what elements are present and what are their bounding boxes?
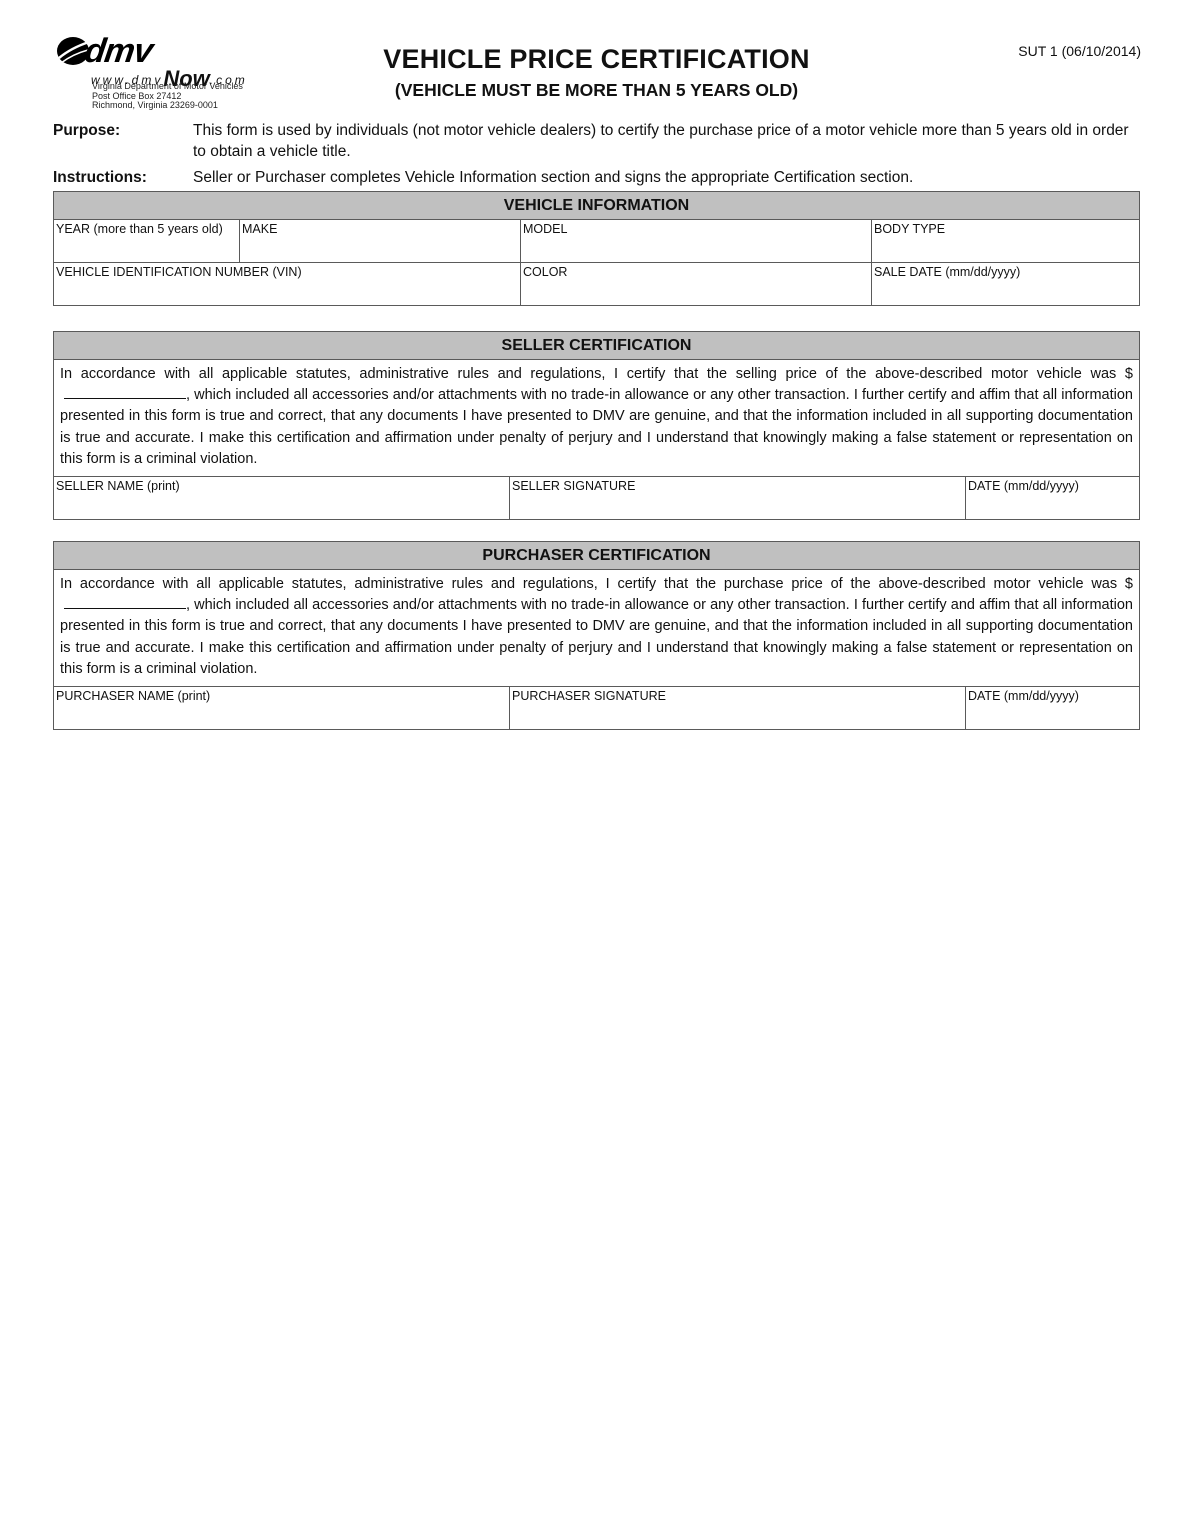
purchaser-signature-row: PURCHASER NAME (print) PURCHASER SIGNATU… (54, 687, 1139, 729)
form-title: VEHICLE PRICE CERTIFICATION (0, 44, 1193, 75)
seller-signature-row: SELLER NAME (print) SELLER SIGNATURE DAT… (54, 477, 1139, 519)
vin-label: VEHICLE IDENTIFICATION NUMBER (VIN) (56, 265, 302, 279)
color-label: COLOR (523, 265, 567, 279)
vehicle-row-1: YEAR (more than 5 years old) MAKE MODEL … (54, 220, 1139, 263)
instructions-text: Seller or Purchaser completes Vehicle In… (193, 167, 1143, 188)
vin-field[interactable]: VEHICLE IDENTIFICATION NUMBER (VIN) (54, 263, 521, 305)
purchaser-signature-field[interactable]: PURCHASER SIGNATURE (510, 687, 966, 729)
purchaser-statement: In accordance with all applicable statut… (54, 570, 1139, 687)
purchaser-date-field[interactable]: DATE (mm/dd/yyyy) (966, 687, 1139, 729)
seller-certification-heading: SELLER CERTIFICATION (54, 332, 1139, 360)
seller-name-field[interactable]: SELLER NAME (print) (54, 477, 510, 519)
make-field[interactable]: MAKE (240, 220, 521, 262)
seller-name-label: SELLER NAME (print) (56, 479, 180, 493)
seller-statement: In accordance with all applicable statut… (54, 360, 1139, 477)
purchaser-price-blank[interactable] (64, 595, 186, 609)
purpose-section: Purpose: This form is used by individual… (53, 120, 1143, 162)
seller-date-label: DATE (mm/dd/yyyy) (968, 479, 1079, 493)
purchaser-date-label: DATE (mm/dd/yyyy) (968, 689, 1079, 703)
year-field[interactable]: YEAR (more than 5 years old) (54, 220, 240, 262)
seller-signature-field[interactable]: SELLER SIGNATURE (510, 477, 966, 519)
body-type-field[interactable]: BODY TYPE (872, 220, 1139, 262)
model-field[interactable]: MODEL (521, 220, 872, 262)
model-label: MODEL (523, 222, 567, 236)
form-code: SUT 1 (06/10/2014) (1018, 43, 1141, 59)
seller-certification-section: SELLER CERTIFICATION In accordance with … (53, 331, 1140, 520)
purchaser-certification-section: PURCHASER CERTIFICATION In accordance wi… (53, 541, 1140, 730)
sale-date-label: SALE DATE (mm/dd/yyyy) (874, 265, 1020, 279)
sale-date-field[interactable]: SALE DATE (mm/dd/yyyy) (872, 263, 1139, 305)
purchaser-certification-heading: PURCHASER CERTIFICATION (54, 542, 1139, 570)
vehicle-information-section: VEHICLE INFORMATION YEAR (more than 5 ye… (53, 191, 1140, 306)
purpose-label: Purpose: (53, 120, 120, 141)
make-label: MAKE (242, 222, 277, 236)
seller-price-blank[interactable] (64, 385, 186, 399)
instructions-section: Instructions: Seller or Purchaser comple… (53, 167, 1143, 188)
year-label: YEAR (more than 5 years old) (56, 222, 223, 236)
purpose-text: This form is used by individuals (not mo… (193, 120, 1143, 162)
body-type-label: BODY TYPE (874, 222, 945, 236)
purchaser-name-field[interactable]: PURCHASER NAME (print) (54, 687, 510, 729)
vehicle-row-2: VEHICLE IDENTIFICATION NUMBER (VIN) COLO… (54, 263, 1139, 305)
agency-city: Richmond, Virginia 23269-0001 (92, 101, 243, 111)
color-field[interactable]: COLOR (521, 263, 872, 305)
purchaser-name-label: PURCHASER NAME (print) (56, 689, 210, 703)
purchaser-signature-label: PURCHASER SIGNATURE (512, 689, 666, 703)
instructions-label: Instructions: (53, 167, 147, 188)
seller-date-field[interactable]: DATE (mm/dd/yyyy) (966, 477, 1139, 519)
seller-signature-label: SELLER SIGNATURE (512, 479, 635, 493)
vehicle-information-heading: VEHICLE INFORMATION (54, 192, 1139, 220)
form-subtitle: (VEHICLE MUST BE MORE THAN 5 YEARS OLD) (0, 80, 1193, 101)
